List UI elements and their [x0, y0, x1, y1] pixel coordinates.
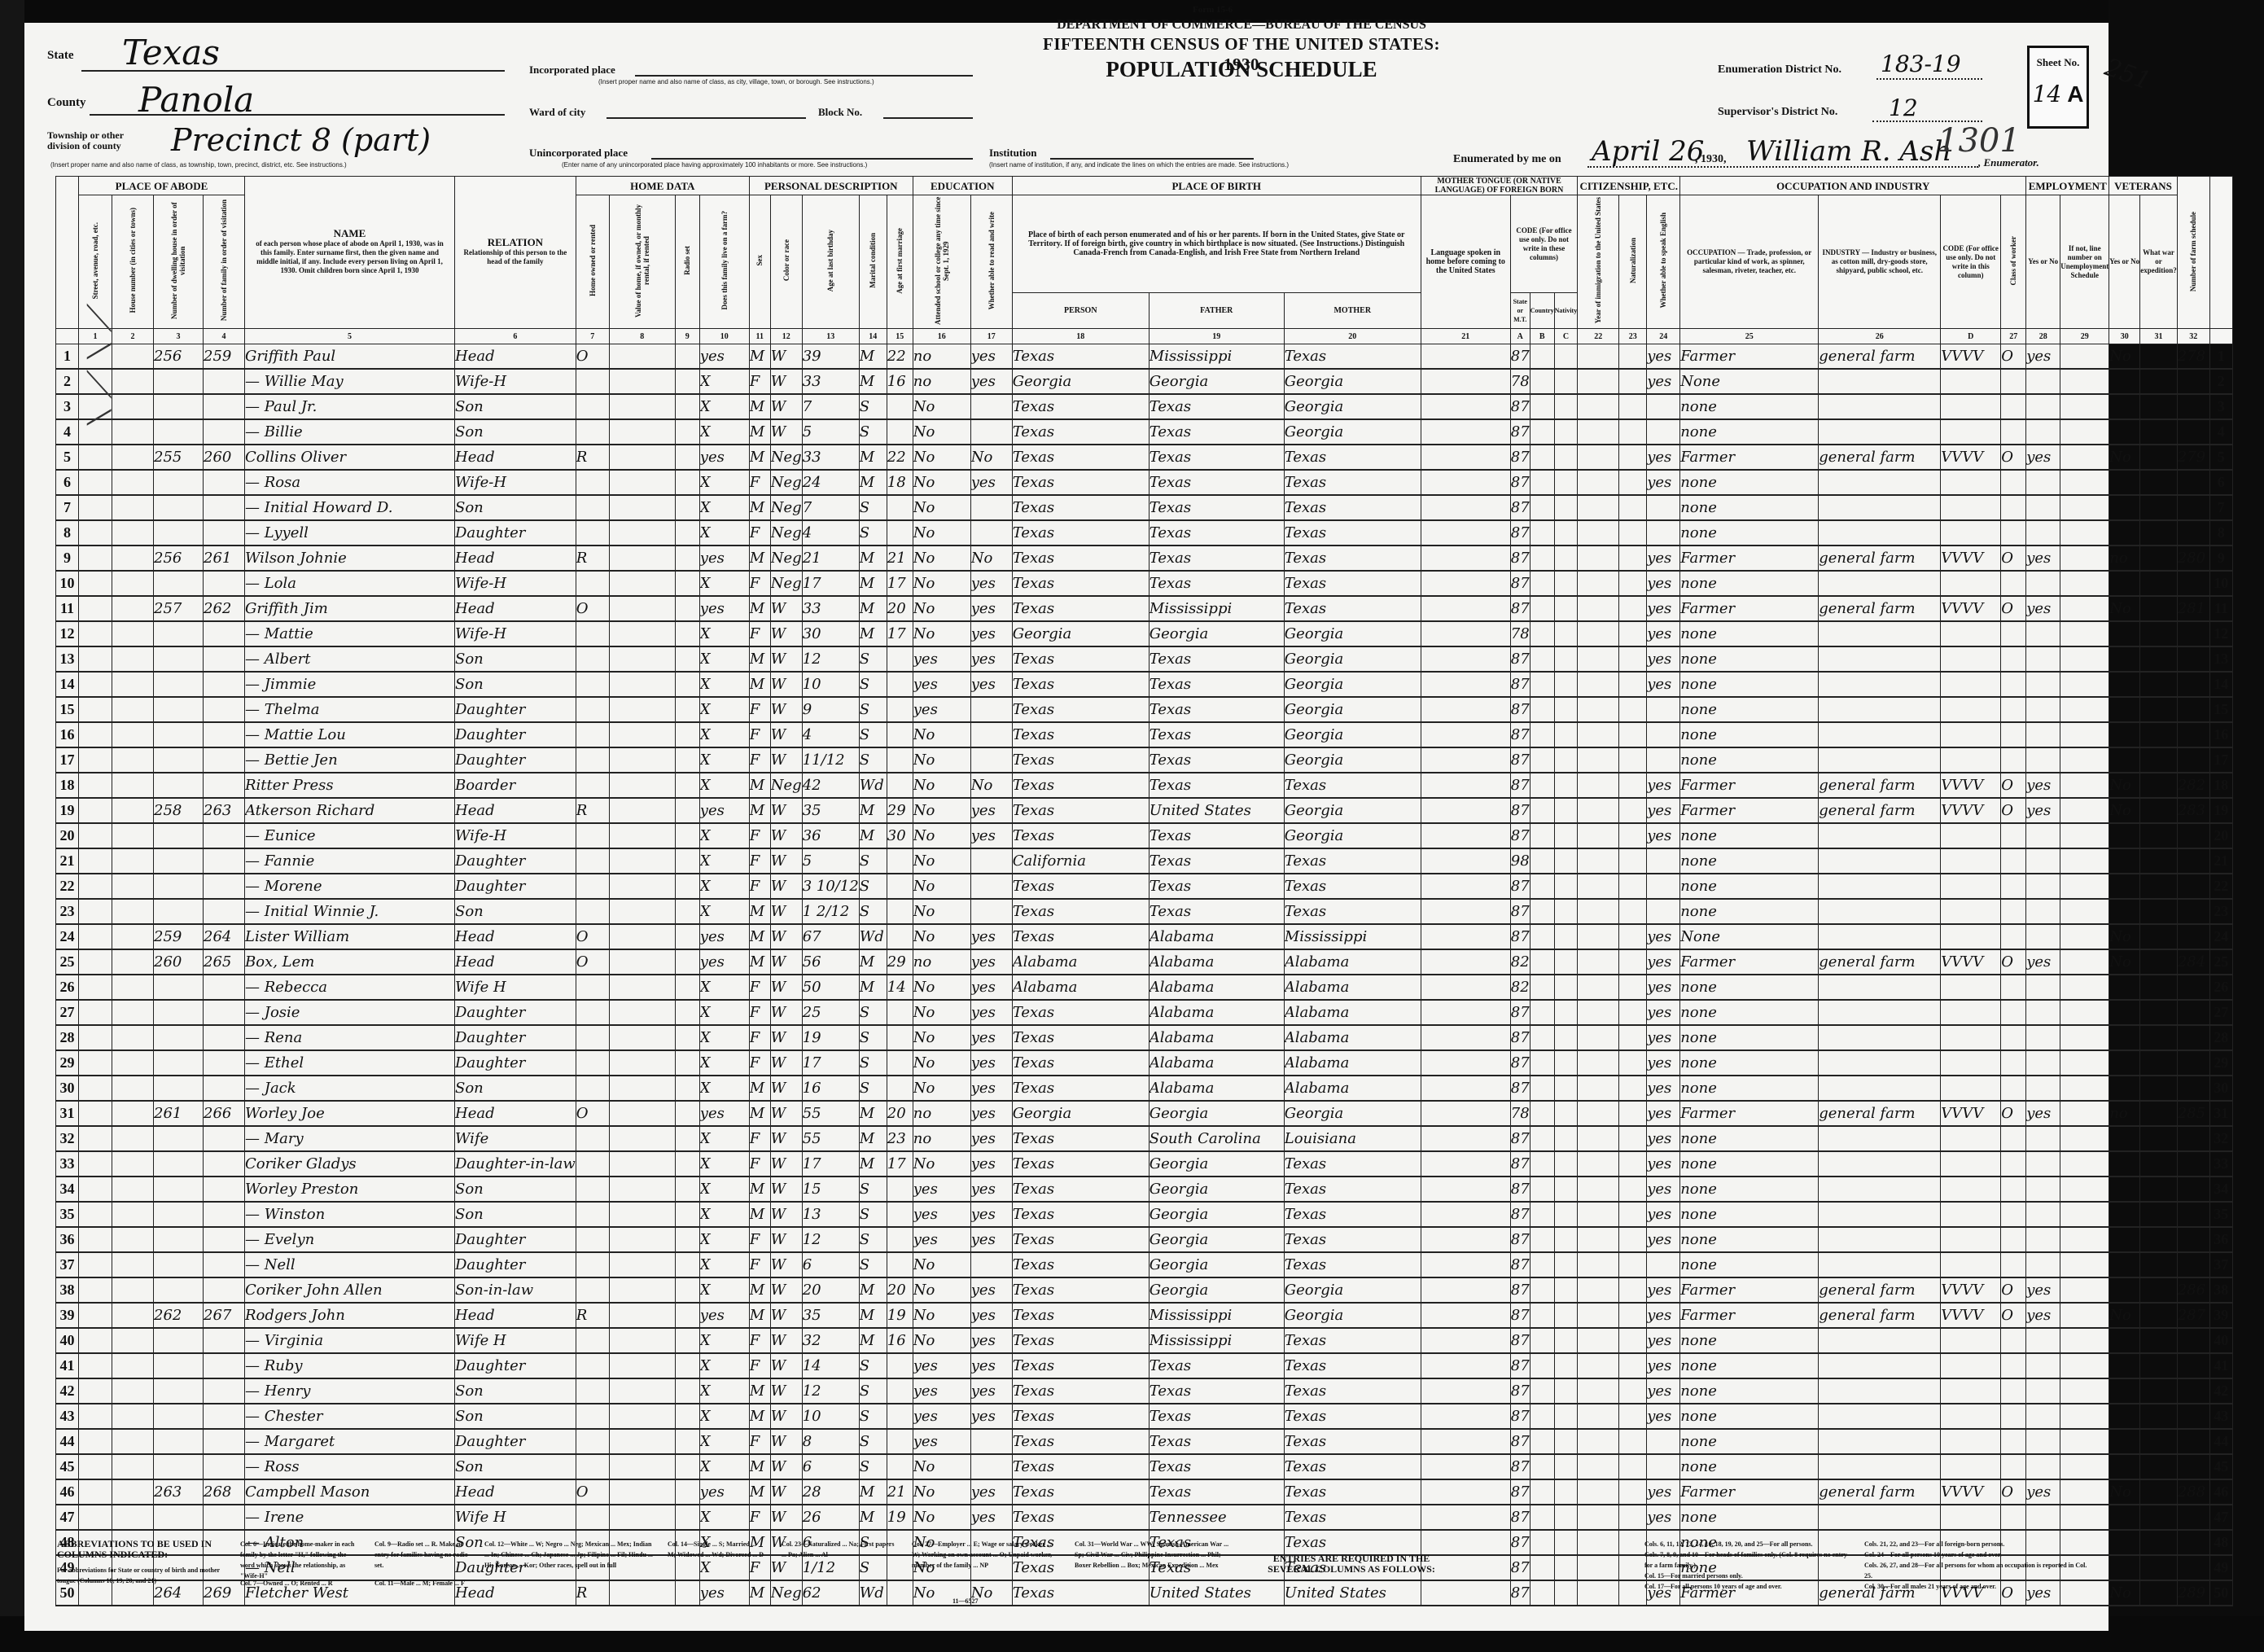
cell-farm: yes: [699, 596, 749, 621]
cell-naturalization: [1619, 747, 1647, 773]
cell-sex: F: [749, 1328, 770, 1353]
cell-farm: yes: [699, 445, 749, 470]
col-num: 5: [245, 329, 455, 344]
cell-line-number-right: 39: [2209, 1303, 2232, 1328]
cell-race: Neg: [770, 445, 802, 470]
cell-unemployment-line: [2060, 1328, 2109, 1353]
col-num: D: [1941, 329, 2001, 344]
cell-relationship: Daughter: [455, 874, 576, 899]
cell-naturalization: [1619, 722, 1647, 747]
cell-person-name: — Albert: [245, 646, 455, 672]
cell-occupation: none: [1680, 1252, 1819, 1277]
cell-family-number: [204, 1126, 245, 1151]
cell-dwelling-number: 261: [154, 1101, 204, 1126]
incorporated-label: Incorporated place: [529, 64, 615, 77]
cell-family-number: [204, 874, 245, 899]
cell-line-number: 8: [56, 520, 79, 546]
cell-age-at-marriage: [887, 1353, 913, 1378]
cell-birthplace-mother: Georgia: [1284, 747, 1421, 773]
col-num: 23: [1619, 329, 1647, 344]
cell-dwelling-number: [154, 1353, 204, 1378]
cell-unemployment-line: [2060, 672, 2109, 697]
cell-class-of-worker: [2001, 1505, 2026, 1530]
cell-at-work: [2026, 1404, 2060, 1429]
cell-occupation-code: [1941, 672, 2001, 697]
cell-person-name: — Fannie: [245, 848, 455, 874]
cell-speaks-english: yes: [1647, 1479, 1680, 1505]
cell-immigration-year: [1578, 470, 1619, 495]
cell-speaks-english: yes: [1647, 949, 1680, 975]
cell-sex: F: [749, 975, 770, 1000]
cell-occupation-code: [1941, 1404, 2001, 1429]
cell-radio: [675, 1303, 699, 1328]
cell-family-number: [204, 1454, 245, 1479]
cell-sex: F: [749, 848, 770, 874]
cell-birthplace-mother: Georgia: [1284, 697, 1421, 722]
cell-veteran: [2109, 1126, 2140, 1151]
cell-radio: [675, 1050, 699, 1076]
cell-occupation: none: [1680, 1505, 1819, 1530]
cell-naturalization: [1619, 1126, 1647, 1151]
cell-street: [79, 1378, 112, 1404]
cell-age: 5: [802, 848, 859, 874]
cell-home-owned: [576, 975, 609, 1000]
cell-school-attendance: No: [913, 722, 970, 747]
cell-radio: [675, 621, 699, 646]
cell-school-attendance: No: [913, 1479, 970, 1505]
cell-birthplace-person: Texas: [1012, 1227, 1149, 1252]
cell-naturalization: [1619, 1151, 1647, 1177]
cell-at-work: [2026, 975, 2060, 1000]
cell-marital-status: M: [859, 470, 887, 495]
cell-relationship: Head: [455, 924, 576, 949]
cell-war: [2140, 1177, 2178, 1202]
col6-note: Col. 6—Indicate the home-maker in each f…: [240, 1539, 362, 1581]
cell-age-at-marriage: [887, 1454, 913, 1479]
cell-occupation: none: [1680, 747, 1819, 773]
township-note: (Insert proper name and also name of cla…: [50, 161, 506, 169]
cell-code-c: [1554, 394, 1578, 419]
cell-street: [79, 520, 112, 546]
cell-birthplace-mother: Georgia: [1284, 1277, 1421, 1303]
cell-war: [2140, 924, 2178, 949]
cell-farm-schedule: [2177, 419, 2209, 445]
cell-school-attendance: No: [913, 1076, 970, 1101]
cell-sex: F: [749, 520, 770, 546]
cell-relationship: Son: [455, 419, 576, 445]
cell-class-of-worker: O: [2001, 1303, 2026, 1328]
cell-at-work: [2026, 646, 2060, 672]
cell-birthplace-mother: Louisiana: [1284, 1126, 1421, 1151]
enumerated-date: April 26: [1592, 135, 1704, 168]
cell-birthplace-person: Texas: [1012, 1025, 1149, 1050]
col-num: 31: [2140, 329, 2178, 344]
cell-relationship: Head: [455, 949, 576, 975]
cell-war: [2140, 1328, 2178, 1353]
table-row: 18Ritter PressBoarderXMNeg42WdNoNoTexasT…: [56, 773, 2233, 798]
cell-birthplace-mother: Georgia: [1284, 722, 1421, 747]
cell-radio: [675, 1353, 699, 1378]
cell-war: [2140, 546, 2178, 571]
cell-mother-tongue: [1421, 1177, 1510, 1202]
col-num: 24: [1647, 329, 1680, 344]
cell-home-value: [609, 1025, 675, 1050]
cell-war: [2140, 1454, 2178, 1479]
cell-family-number: [204, 470, 245, 495]
cell-code-a: 87: [1510, 596, 1530, 621]
cell-class-of-worker: [2001, 1000, 2026, 1025]
cell-farm-schedule: 282: [2177, 773, 2209, 798]
table-row: 31261266Worley JoeHeadOyesMW55M20noyesGe…: [56, 1101, 2233, 1126]
col-num: 20: [1284, 329, 1421, 344]
cell-age: 24: [802, 470, 859, 495]
cell-relationship: Son: [455, 646, 576, 672]
cell-read-write: yes: [970, 949, 1012, 975]
cell-occupation: none: [1680, 1000, 1819, 1025]
cell-street: [79, 1353, 112, 1378]
cell-birthplace-mother: Texas: [1284, 445, 1421, 470]
cell-naturalization: [1619, 394, 1647, 419]
unincorporated-line: [651, 158, 973, 160]
cell-home-value: [609, 621, 675, 646]
table-row: 19258263Atkerson RichardHeadRyesMW35M29N…: [56, 798, 2233, 823]
cell-occupation: None: [1680, 924, 1819, 949]
cell-immigration-year: [1578, 419, 1619, 445]
speak-english-header: Whether able to speak English: [1647, 195, 1680, 329]
cell-read-write: [970, 747, 1012, 773]
cell-race: W: [770, 1050, 802, 1076]
cell-code-a: 87: [1510, 1454, 1530, 1479]
cell-industry: [1819, 823, 1941, 848]
cell-speaks-english: yes: [1647, 672, 1680, 697]
cell-birthplace-father: Texas: [1149, 520, 1284, 546]
cell-family-number: [204, 621, 245, 646]
cell-radio: [675, 596, 699, 621]
column-numbers-row: 123456789101112131415161718192021ABC2223…: [56, 329, 2233, 344]
cell-marital-status: M: [859, 798, 887, 823]
cell-occupation: none: [1680, 621, 1819, 646]
cell-occupation: none: [1680, 975, 1819, 1000]
cell-birthplace-father: Mississippi: [1149, 1303, 1284, 1328]
cell-home-owned: O: [576, 924, 609, 949]
cell-birthplace-father: Georgia: [1149, 369, 1284, 394]
cell-relationship: Head: [455, 596, 576, 621]
cell-code-a: 87: [1510, 546, 1530, 571]
table-row: 5255260Collins OliverHeadRyesMNeg33M22No…: [56, 445, 2233, 470]
cell-read-write: yes: [970, 1404, 1012, 1429]
cell-war: [2140, 369, 2178, 394]
cell-street: [79, 924, 112, 949]
cell-at-work: [2026, 369, 2060, 394]
cell-race: W: [770, 1303, 802, 1328]
cell-occupation: none: [1680, 1202, 1819, 1227]
cell-race: Neg: [770, 571, 802, 596]
cell-home-value: [609, 1227, 675, 1252]
cell-radio: [675, 874, 699, 899]
cell-code-b: [1530, 1227, 1554, 1252]
cell-class-of-worker: O: [2001, 445, 2026, 470]
cell-veteran: No: [2109, 1580, 2140, 1606]
cell-birthplace-mother: Texas: [1284, 1252, 1421, 1277]
cell-at-work: yes: [2026, 596, 2060, 621]
cell-class-of-worker: [2001, 924, 2026, 949]
cell-farm-schedule: [2177, 1177, 2209, 1202]
cell-code-c: [1554, 798, 1578, 823]
cell-age-at-marriage: [887, 1076, 913, 1101]
cell-at-work: yes: [2026, 445, 2060, 470]
cell-mother-tongue: [1421, 899, 1510, 924]
cell-dwelling-number: 258: [154, 798, 204, 823]
cell-occupation-code: [1941, 621, 2001, 646]
cell-radio: [675, 1151, 699, 1177]
cell-person-name: Rodgers John: [245, 1303, 455, 1328]
cell-dwelling-number: [154, 1328, 204, 1353]
cell-speaks-english: yes: [1647, 773, 1680, 798]
cell-line-number-right: 44: [2209, 1429, 2232, 1454]
cell-race: W: [770, 798, 802, 823]
cell-birthplace-person: Texas: [1012, 495, 1149, 520]
cell-unemployment-line: [2060, 1252, 2109, 1277]
cell-sex: F: [749, 1353, 770, 1378]
cell-radio: [675, 899, 699, 924]
cell-house-number: [112, 646, 154, 672]
cell-farm: X: [699, 899, 749, 924]
cell-family-number: [204, 1227, 245, 1252]
cell-line-number-right: 45: [2209, 1454, 2232, 1479]
cell-code-c: [1554, 495, 1578, 520]
form-number: Form 15-6: [1193, 5, 1233, 15]
cell-race: W: [770, 1505, 802, 1530]
cell-line-number: 27: [56, 1000, 79, 1025]
cell-at-work: [2026, 1252, 2060, 1277]
cell-race: W: [770, 924, 802, 949]
cell-birthplace-father: Texas: [1149, 394, 1284, 419]
cell-read-write: yes: [970, 1101, 1012, 1126]
cell-birthplace-father: Texas: [1149, 1454, 1284, 1479]
cell-birthplace-person: Texas: [1012, 596, 1149, 621]
read-write-header: Whether able to read and write: [970, 195, 1012, 329]
cell-home-value: [609, 672, 675, 697]
cell-occupation-code: VVVV: [1941, 949, 2001, 975]
cell-race: W: [770, 1404, 802, 1429]
cell-person-name: Atkerson Richard: [245, 798, 455, 823]
cell-birthplace-father: Texas: [1149, 495, 1284, 520]
institution-note: (Insert name of institution, if any, and…: [989, 161, 1445, 169]
cell-school-attendance: No: [913, 1303, 970, 1328]
cell-house-number: [112, 621, 154, 646]
cell-person-name: — Willie May: [245, 369, 455, 394]
cell-farm-schedule: [2177, 1505, 2209, 1530]
cell-code-b: [1530, 1505, 1554, 1530]
cell-immigration-year: [1578, 546, 1619, 571]
cell-farm-schedule: [2177, 1353, 2209, 1378]
cell-unemployment-line: [2060, 747, 2109, 773]
cell-veteran: [2109, 722, 2140, 747]
cell-relationship: Daughter: [455, 1429, 576, 1454]
table-row: 16— Mattie LouDaughterXFW4SNoTexasTexasG…: [56, 722, 2233, 747]
cell-family-number: [204, 1429, 245, 1454]
table-row: 29— EthelDaughterXFW17SNoyesTexasAlabama…: [56, 1050, 2233, 1076]
cell-line-number: 47: [56, 1505, 79, 1530]
cell-farm-schedule: [2177, 394, 2209, 419]
cell-radio: [675, 848, 699, 874]
table-row: 26— RebeccaWife HXFW50M14NoyesAlabamaAla…: [56, 975, 2233, 1000]
cell-radio: [675, 394, 699, 419]
cell-race: W: [770, 1101, 802, 1126]
enumerated-year: , 1930,: [1695, 153, 1727, 166]
table-row: 12— MattieWife-HXFW30M17NoyesGeorgiaGeor…: [56, 621, 2233, 646]
cell-unemployment-line: [2060, 394, 2109, 419]
cell-radio: [675, 1252, 699, 1277]
cell-radio: [675, 1076, 699, 1101]
col-num: 19: [1149, 329, 1284, 344]
cell-naturalization: [1619, 1025, 1647, 1050]
cell-code-c: [1554, 949, 1578, 975]
cell-read-write: [970, 520, 1012, 546]
cell-age: 10: [802, 672, 859, 697]
class-of-worker-header: Class of worker: [2001, 195, 2026, 329]
cell-birthplace-father: Mississippi: [1149, 1328, 1284, 1353]
cell-age: 55: [802, 1126, 859, 1151]
cell-code-a: 87: [1510, 1050, 1530, 1076]
cell-house-number: [112, 470, 154, 495]
cell-occupation-code: [1941, 1429, 2001, 1454]
cell-radio: [675, 1277, 699, 1303]
col-num: 11: [749, 329, 770, 344]
cell-read-write: [970, 1252, 1012, 1277]
cell-code-b: [1530, 697, 1554, 722]
cell-farm: X: [699, 1505, 749, 1530]
cell-dwelling-number: 263: [154, 1479, 204, 1505]
cell-dwelling-number: [154, 672, 204, 697]
cell-marital-status: S: [859, 646, 887, 672]
cell-street: [79, 1025, 112, 1050]
cell-occupation-code: VVVV: [1941, 596, 2001, 621]
cell-code-c: [1554, 1454, 1578, 1479]
cell-at-work: [2026, 1378, 2060, 1404]
cell-home-value: [609, 1202, 675, 1227]
cell-class-of-worker: [2001, 621, 2026, 646]
cell-code-c: [1554, 1025, 1578, 1050]
enumerated-line: [1587, 166, 1978, 168]
cell-speaks-english: yes: [1647, 1353, 1680, 1378]
cell-code-c: [1554, 848, 1578, 874]
relation-header: RELATION Relationship of this person to …: [455, 177, 576, 329]
cell-industry: general farm: [1819, 949, 1941, 975]
cell-house-number: [112, 1479, 154, 1505]
col11-note: Col. 11—Male ... M; Female ... F: [374, 1578, 472, 1588]
cell-dwelling-number: [154, 369, 204, 394]
cell-read-write: yes: [970, 470, 1012, 495]
cell-birthplace-mother: Georgia: [1284, 394, 1421, 419]
cell-birthplace-father: Georgia: [1149, 1101, 1284, 1126]
cell-line-number-right: 24: [2209, 924, 2232, 949]
cell-dwelling-number: [154, 975, 204, 1000]
cell-farm: X: [699, 1353, 749, 1378]
cell-industry: general farm: [1819, 1277, 1941, 1303]
cell-marital-status: S: [859, 1202, 887, 1227]
cell-occupation-code: [1941, 722, 2001, 747]
cell-dwelling-number: [154, 773, 204, 798]
cell-occupation: Farmer: [1680, 1303, 1819, 1328]
cell-birthplace-father: Texas: [1149, 546, 1284, 571]
cell-speaks-english: [1647, 520, 1680, 546]
state-line: [81, 70, 505, 72]
cell-code-a: 87: [1510, 394, 1530, 419]
line-number-header-right: [2209, 177, 2232, 329]
cell-race: W: [770, 344, 802, 370]
col-num: 13: [802, 329, 859, 344]
cell-farm: X: [699, 520, 749, 546]
cell-class-of-worker: [2001, 1025, 2026, 1050]
cell-class-of-worker: [2001, 1177, 2026, 1202]
cell-code-c: [1554, 520, 1578, 546]
cell-house-number: [112, 1177, 154, 1202]
cell-industry: [1819, 899, 1941, 924]
cell-birthplace-father: Texas: [1149, 697, 1284, 722]
cell-war: [2140, 1202, 2178, 1227]
cell-unemployment-line: [2060, 546, 2109, 571]
cell-immigration-year: [1578, 672, 1619, 697]
cell-birthplace-person: Texas: [1012, 924, 1149, 949]
cell-sex: F: [749, 1429, 770, 1454]
cell-age: 35: [802, 1303, 859, 1328]
cell-speaks-english: [1647, 747, 1680, 773]
cell-class-of-worker: [2001, 470, 2026, 495]
cell-birthplace-person: Texas: [1012, 520, 1149, 546]
cell-speaks-english: yes: [1647, 646, 1680, 672]
cell-class-of-worker: [2001, 1378, 2026, 1404]
cell-sex: M: [749, 1076, 770, 1101]
cell-birthplace-mother: Georgia: [1284, 798, 1421, 823]
cell-code-a: 98: [1510, 848, 1530, 874]
cell-occupation-code: [1941, 848, 2001, 874]
cell-immigration-year: [1578, 747, 1619, 773]
cell-occupation-code: VVVV: [1941, 798, 2001, 823]
cell-line-number: 25: [56, 949, 79, 975]
cell-occupation-code: [1941, 419, 2001, 445]
language-header: Language spoken in home before coming to…: [1421, 195, 1510, 329]
cell-occupation-code: [1941, 823, 2001, 848]
cell-marital-status: M: [859, 1328, 887, 1353]
cell-birthplace-mother: Georgia: [1284, 1303, 1421, 1328]
cell-naturalization: [1619, 924, 1647, 949]
birth-instructions: Place of birth of each person enumerated…: [1012, 195, 1421, 293]
cell-dwelling-number: [154, 1454, 204, 1479]
cell-code-b: [1530, 1076, 1554, 1101]
cell-code-c: [1554, 1050, 1578, 1076]
cell-marital-status: M: [859, 344, 887, 370]
cell-birthplace-person: Texas: [1012, 1353, 1149, 1378]
cell-immigration-year: [1578, 1404, 1619, 1429]
cell-birthplace-mother: Texas: [1284, 571, 1421, 596]
cell-radio: [675, 747, 699, 773]
cell-code-b: [1530, 646, 1554, 672]
cell-speaks-english: yes: [1647, 1277, 1680, 1303]
cell-line-number-right: 25: [2209, 949, 2232, 975]
col-num: B: [1530, 329, 1554, 344]
cell-home-value: [609, 697, 675, 722]
cell-school-attendance: no: [913, 344, 970, 370]
cell-home-owned: [576, 722, 609, 747]
cell-line-number: 3: [56, 394, 79, 419]
cell-at-work: yes: [2026, 546, 2060, 571]
cell-age: 17: [802, 1050, 859, 1076]
table-row: 4— BillieSonXMW5SNoTexasTexasGeorgia87no…: [56, 419, 2233, 445]
cell-at-work: [2026, 1227, 2060, 1252]
cell-immigration-year: [1578, 495, 1619, 520]
cell-class-of-worker: [2001, 1252, 2026, 1277]
